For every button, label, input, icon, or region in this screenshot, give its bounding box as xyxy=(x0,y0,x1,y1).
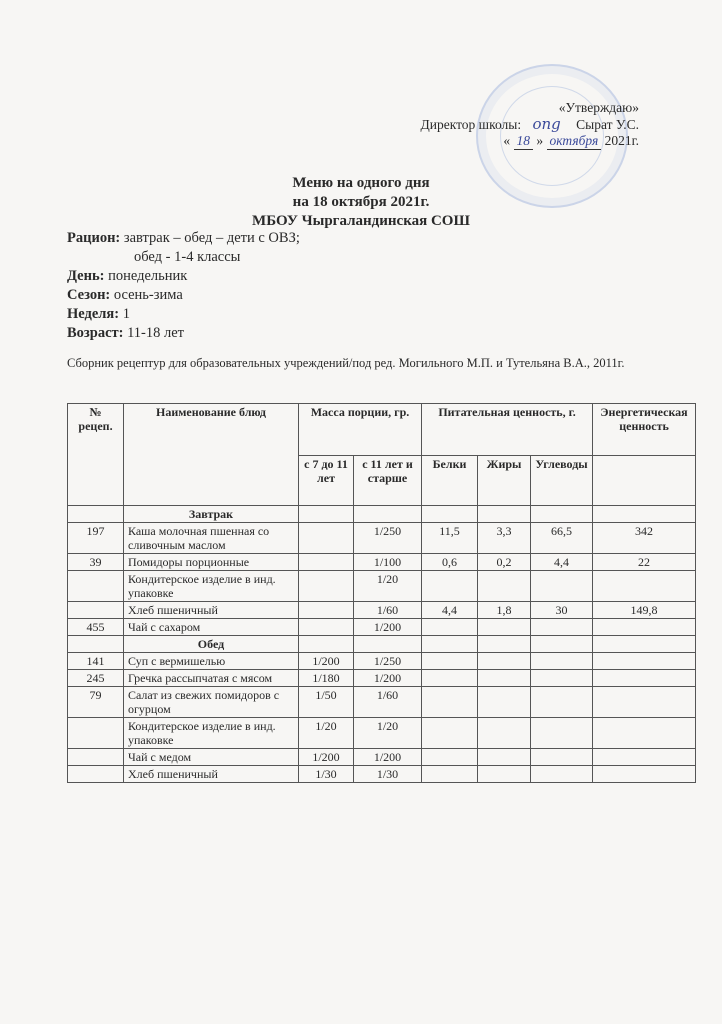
cell-fat xyxy=(478,687,531,718)
table-row: 39Помидоры порционные1/1000,60,24,422 xyxy=(68,554,696,571)
table-row: Кондитерское изделие в инд. упаковке1/20… xyxy=(68,718,696,749)
cell-no xyxy=(68,571,124,602)
cell-carbs: 30 xyxy=(531,602,593,619)
table-row: Хлеб пшеничный1/604,41,830149,8 xyxy=(68,602,696,619)
cell-no: 79 xyxy=(68,687,124,718)
cell-m11: 1/100 xyxy=(354,554,422,571)
cell-no xyxy=(68,718,124,749)
cell-energy xyxy=(593,619,696,636)
cell-name: Хлеб пшеничный xyxy=(124,766,299,783)
cell-m7: 1/20 xyxy=(299,718,354,749)
approve-label: «Утверждаю» xyxy=(339,100,639,116)
director-label: Директор школы: xyxy=(421,117,522,132)
cell-m7 xyxy=(299,571,354,602)
cell-no: 39 xyxy=(68,554,124,571)
header-age-7-11: с 7 до 11 лет xyxy=(299,456,354,506)
ration-label: Рацион: xyxy=(67,230,120,246)
section-blank xyxy=(299,506,354,523)
cell-energy xyxy=(593,653,696,670)
cell-no: 455 xyxy=(68,619,124,636)
cell-m11: 1/30 xyxy=(354,766,422,783)
table-row: Хлеб пшеничный1/301/30 xyxy=(68,766,696,783)
cell-protein xyxy=(422,619,478,636)
cell-m11: 1/60 xyxy=(354,602,422,619)
cell-no: 245 xyxy=(68,670,124,687)
cell-m11: 1/200 xyxy=(354,670,422,687)
director-signature: ong xyxy=(532,116,560,132)
cell-m7: 1/200 xyxy=(299,749,354,766)
cell-no xyxy=(68,766,124,783)
ration-value: завтрак – обед – дети с ОВЗ; xyxy=(124,230,300,246)
title-line-1: Меню на одного дня xyxy=(0,174,722,193)
cell-name: Помидоры порционные xyxy=(124,554,299,571)
cell-fat xyxy=(478,749,531,766)
cell-fat xyxy=(478,653,531,670)
cell-carbs xyxy=(531,670,593,687)
cell-protein xyxy=(422,718,478,749)
header-fat: Жиры xyxy=(478,456,531,506)
section-row: Завтрак xyxy=(68,506,696,523)
cell-no: 197 xyxy=(68,523,124,554)
age-label: Возраст: xyxy=(67,325,123,341)
day-label: День: xyxy=(67,268,104,284)
day-value: понедельник xyxy=(108,268,187,284)
section-blank xyxy=(531,636,593,653)
cell-m11: 1/250 xyxy=(354,653,422,670)
cell-name: Салат из свежих помидоров с огурцом xyxy=(124,687,299,718)
header-nutrition: Питательная ценность, г. xyxy=(422,404,593,456)
cell-energy: 149,8 xyxy=(593,602,696,619)
section-title: Завтрак xyxy=(124,506,299,523)
cell-no: 141 xyxy=(68,653,124,670)
table-row: 79Салат из свежих помидоров с огурцом1/5… xyxy=(68,687,696,718)
cell-fat xyxy=(478,766,531,783)
cell-carbs xyxy=(531,766,593,783)
cell-m11: 1/200 xyxy=(354,749,422,766)
season-label: Сезон: xyxy=(67,287,110,303)
menu-meta: Рацион: завтрак – обед – дети с ОВЗ; обе… xyxy=(67,229,300,343)
director-line: Директор школы: ong Сырат У.С. xyxy=(339,116,639,133)
section-blank xyxy=(478,506,531,523)
header-dish-name: Наименование блюд xyxy=(124,404,299,506)
header-recipe-no: № рецеп. xyxy=(68,404,124,506)
cell-fat xyxy=(478,670,531,687)
header-portion-mass: Масса порции, гр. xyxy=(299,404,422,456)
section-blank xyxy=(68,636,124,653)
header-carbs: Углеводы xyxy=(531,456,593,506)
cell-m11: 1/20 xyxy=(354,571,422,602)
cell-protein xyxy=(422,749,478,766)
cell-energy xyxy=(593,687,696,718)
ration-value-2: обед - 1-4 классы xyxy=(67,248,300,267)
menu-table-body: Завтрак197Каша молочная пшенная со сливо… xyxy=(68,506,696,783)
date-month: октября xyxy=(547,133,602,150)
cell-fat xyxy=(478,571,531,602)
section-blank xyxy=(422,506,478,523)
cell-m11: 1/60 xyxy=(354,687,422,718)
cell-energy xyxy=(593,670,696,687)
cell-m7: 1/200 xyxy=(299,653,354,670)
section-blank xyxy=(68,506,124,523)
cell-protein xyxy=(422,670,478,687)
cell-protein: 11,5 xyxy=(422,523,478,554)
cell-fat xyxy=(478,718,531,749)
cell-carbs: 4,4 xyxy=(531,554,593,571)
date-day: 18 xyxy=(514,133,534,150)
approval-block: «Утверждаю» Директор школы: ong Сырат У.… xyxy=(339,100,639,150)
cell-name: Каша молочная пшенная со сливочным масло… xyxy=(124,523,299,554)
cell-name: Чай с сахаром xyxy=(124,619,299,636)
cell-protein xyxy=(422,653,478,670)
director-name: Сырат У.С. xyxy=(576,117,639,132)
cell-m11: 1/20 xyxy=(354,718,422,749)
table-row: 141Суп с вермишелью1/2001/250 xyxy=(68,653,696,670)
cell-m7: 1/50 xyxy=(299,687,354,718)
cell-energy xyxy=(593,718,696,749)
section-blank xyxy=(478,636,531,653)
cell-carbs: 66,5 xyxy=(531,523,593,554)
cell-carbs xyxy=(531,749,593,766)
section-blank xyxy=(531,506,593,523)
cell-name: Кондитерское изделие в инд. упаковке xyxy=(124,571,299,602)
cell-name: Гречка рассыпчатая с мясом xyxy=(124,670,299,687)
cell-carbs xyxy=(531,653,593,670)
section-blank xyxy=(593,506,696,523)
cell-m7 xyxy=(299,554,354,571)
table-row: Кондитерское изделие в инд. упаковке1/20 xyxy=(68,571,696,602)
approval-date: « 18 » октября 2021г. xyxy=(339,133,639,150)
week-value: 1 xyxy=(123,306,130,322)
cell-carbs xyxy=(531,687,593,718)
header-age-11-plus: с 11 лет и старше xyxy=(354,456,422,506)
cell-carbs xyxy=(531,619,593,636)
cell-m11: 1/200 xyxy=(354,619,422,636)
section-blank xyxy=(354,506,422,523)
cell-carbs xyxy=(531,571,593,602)
cell-protein: 4,4 xyxy=(422,602,478,619)
cell-m11: 1/250 xyxy=(354,523,422,554)
cell-fat xyxy=(478,619,531,636)
document-title: Меню на одного дня на 18 октября 2021г. … xyxy=(0,174,722,231)
menu-table: № рецеп. Наименование блюд Масса порции,… xyxy=(67,403,696,783)
cell-energy xyxy=(593,571,696,602)
cell-energy xyxy=(593,749,696,766)
title-line-2: на 18 октября 2021г. xyxy=(0,193,722,212)
cell-m7 xyxy=(299,602,354,619)
date-close-quote: » xyxy=(536,133,543,148)
cell-protein: 0,6 xyxy=(422,554,478,571)
cell-energy xyxy=(593,766,696,783)
cell-m7 xyxy=(299,523,354,554)
cell-name: Суп с вермишелью xyxy=(124,653,299,670)
cell-protein xyxy=(422,571,478,602)
table-row: Чай с медом1/2001/200 xyxy=(68,749,696,766)
header-energy-blank xyxy=(593,456,696,506)
table-row: 245Гречка рассыпчатая с мясом1/1801/200 xyxy=(68,670,696,687)
recipe-source: Сборник рецептур для образовательных учр… xyxy=(67,355,627,371)
age-value: 11-18 лет xyxy=(127,325,184,341)
cell-name: Кондитерское изделие в инд. упаковке xyxy=(124,718,299,749)
cell-protein xyxy=(422,687,478,718)
section-blank xyxy=(422,636,478,653)
cell-protein xyxy=(422,766,478,783)
cell-name: Чай с медом xyxy=(124,749,299,766)
cell-fat: 0,2 xyxy=(478,554,531,571)
table-row: 455Чай с сахаром1/200 xyxy=(68,619,696,636)
season-value: осень-зима xyxy=(114,287,183,303)
cell-fat: 3,3 xyxy=(478,523,531,554)
cell-no xyxy=(68,749,124,766)
cell-carbs xyxy=(531,718,593,749)
cell-m7: 1/30 xyxy=(299,766,354,783)
cell-energy: 22 xyxy=(593,554,696,571)
cell-energy: 342 xyxy=(593,523,696,554)
section-title: Обед xyxy=(124,636,299,653)
cell-name: Хлеб пшеничный xyxy=(124,602,299,619)
header-energy: Энергетическая ценность xyxy=(593,404,696,456)
cell-no xyxy=(68,602,124,619)
cell-fat: 1,8 xyxy=(478,602,531,619)
section-blank xyxy=(299,636,354,653)
table-row: 197Каша молочная пшенная со сливочным ма… xyxy=(68,523,696,554)
date-year: 2021г. xyxy=(605,133,639,148)
week-label: Неделя: xyxy=(67,306,119,322)
section-row: Обед xyxy=(68,636,696,653)
date-open-quote: « xyxy=(503,133,510,148)
header-protein: Белки xyxy=(422,456,478,506)
cell-m7 xyxy=(299,619,354,636)
cell-m7: 1/180 xyxy=(299,670,354,687)
section-blank xyxy=(593,636,696,653)
section-blank xyxy=(354,636,422,653)
